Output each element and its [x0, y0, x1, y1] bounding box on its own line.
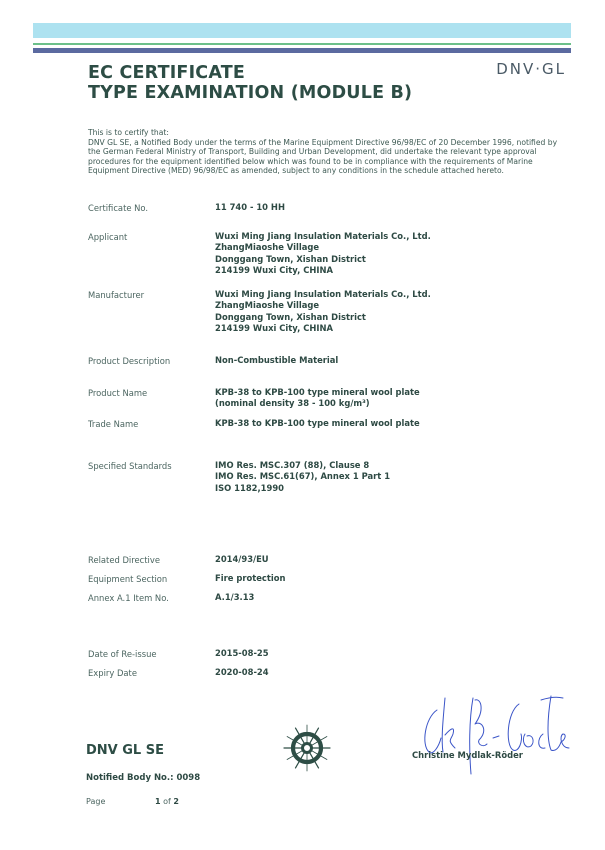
- intro-lead: This is to certify that:: [88, 128, 558, 138]
- page-label: Page: [86, 797, 105, 806]
- standard-line: IMO Res. MSC.61(67), Annex 1 Part 1: [215, 471, 390, 482]
- signer-name: Christine Mydlak-Röder: [412, 750, 523, 760]
- banner-navy-stripe: [33, 48, 571, 53]
- page-of: of: [163, 797, 171, 806]
- banner-green-stripe: [33, 43, 571, 45]
- standard-line: IMO Res. MSC.307 (88), Clause 8: [215, 460, 390, 471]
- trade-name-value: KPB-38 to KPB-100 type mineral wool plat…: [215, 418, 420, 429]
- product-description-value: Non-Combustible Material: [215, 355, 338, 366]
- expiry-date-label: Expiry Date: [88, 668, 137, 678]
- applicant-line: Donggang Town, Xishan District: [215, 254, 431, 265]
- issuing-organization: DNV GL SE: [86, 743, 164, 758]
- product-name-line: KPB-38 to KPB-100 type mineral wool plat…: [215, 387, 420, 398]
- title-line-1: EC CERTIFICATE: [88, 63, 412, 83]
- ship-wheel-icon: [282, 723, 332, 773]
- certificate-no-value: 11 740 - 10 HH: [215, 202, 285, 213]
- reissue-date-value: 2015-08-25: [215, 648, 269, 659]
- page-total: 2: [173, 797, 179, 806]
- product-name-label: Product Name: [88, 388, 147, 398]
- manufacturer-line: 214199 Wuxi City, CHINA: [215, 323, 431, 334]
- reissue-date-label: Date of Re-issue: [88, 649, 157, 659]
- applicant-address: Wuxi Ming Jiang Insulation Materials Co.…: [215, 231, 431, 277]
- related-directive-value: 2014/93/EU: [215, 554, 269, 565]
- page-current: 1: [155, 797, 161, 806]
- document-title: EC CERTIFICATE TYPE EXAMINATION (MODULE …: [88, 63, 412, 103]
- specified-standards-label: Specified Standards: [88, 461, 172, 471]
- manufacturer-address: Wuxi Ming Jiang Insulation Materials Co.…: [215, 289, 431, 335]
- dnv-gl-logo: DNV·GL: [496, 60, 566, 78]
- product-name-value: KPB-38 to KPB-100 type mineral wool plat…: [215, 387, 420, 410]
- expiry-date-value: 2020-08-24: [215, 667, 269, 678]
- product-description-label: Product Description: [88, 356, 170, 366]
- certificate-no-label: Certificate No.: [88, 203, 148, 213]
- notified-body-number: Notified Body No.: 0098: [86, 773, 200, 783]
- applicant-line: Wuxi Ming Jiang Insulation Materials Co.…: [215, 231, 431, 242]
- manufacturer-line: ZhangMiaoshe Village: [215, 300, 431, 311]
- page-indicator: 1 of 2: [155, 797, 179, 806]
- applicant-line: 214199 Wuxi City, CHINA: [215, 265, 431, 276]
- specified-standards-value: IMO Res. MSC.307 (88), Clause 8 IMO Res.…: [215, 460, 390, 494]
- applicant-label: Applicant: [88, 232, 127, 242]
- product-name-line: (nominal density 38 - 100 kg/m³): [215, 398, 420, 409]
- equipment-section-value: Fire protection: [215, 573, 285, 584]
- related-directive-label: Related Directive: [88, 555, 160, 565]
- signature: [415, 690, 575, 775]
- annex-item-value: A.1/3.13: [215, 592, 254, 603]
- banner-light-blue-stripe: [33, 23, 571, 38]
- intro-body: DNV GL SE, a Notified Body under the ter…: [88, 138, 558, 176]
- certification-statement: This is to certify that: DNV GL SE, a No…: [88, 128, 558, 176]
- trade-name-label: Trade Name: [88, 419, 138, 429]
- standard-line: ISO 1182,1990: [215, 483, 390, 494]
- annex-item-label: Annex A.1 Item No.: [88, 593, 169, 603]
- manufacturer-line: Donggang Town, Xishan District: [215, 312, 431, 323]
- manufacturer-label: Manufacturer: [88, 290, 144, 300]
- manufacturer-line: Wuxi Ming Jiang Insulation Materials Co.…: [215, 289, 431, 300]
- equipment-section-label: Equipment Section: [88, 574, 167, 584]
- applicant-line: ZhangMiaoshe Village: [215, 242, 431, 253]
- title-line-2: TYPE EXAMINATION (MODULE B): [88, 83, 412, 103]
